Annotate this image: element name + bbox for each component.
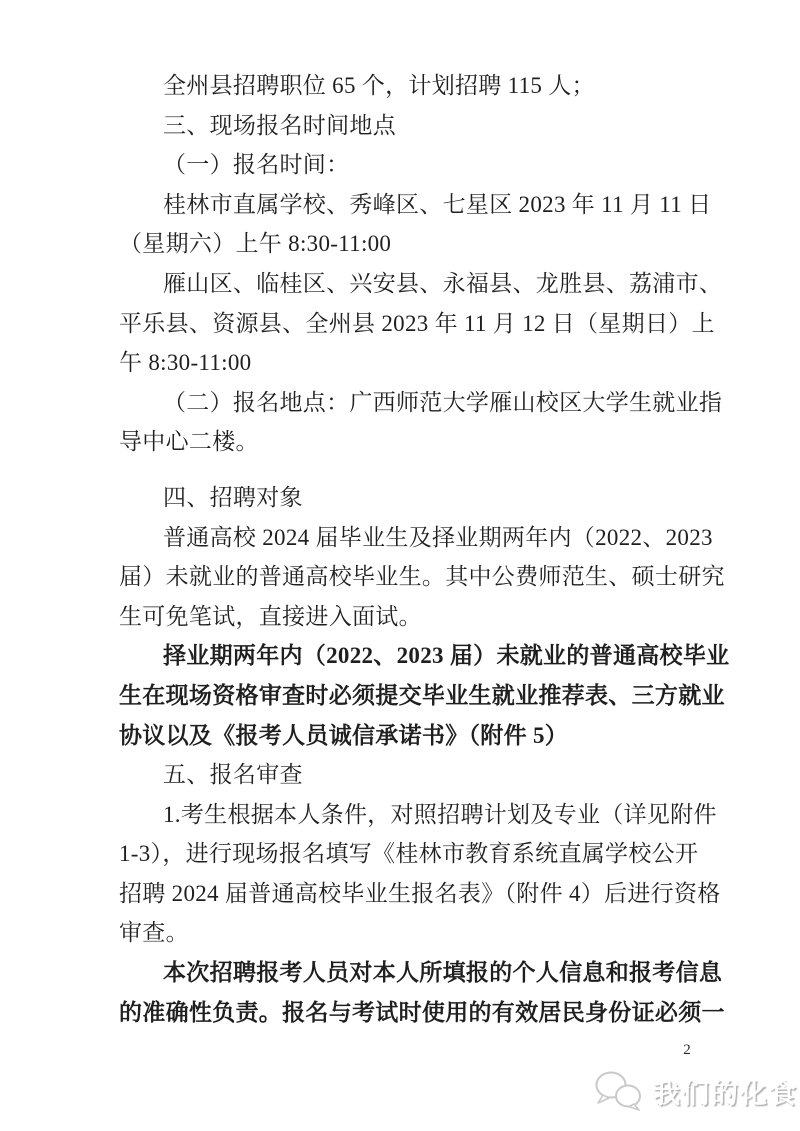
text-line: 的准确性负责。报名与考试时使用的有效居民身份证必须一 [119,993,685,1033]
text-line: 生可免笔试，直接进入面试。 [119,597,685,637]
text-line: 三、现场报名时间地点 [119,106,685,146]
text-line: （一）报名时间： [119,145,685,185]
text-line: 1.考生根据本人条件，对照招聘计划及专业（详见附件 [119,795,685,835]
text-line: 审查。 [119,913,685,953]
text-line: 招聘 2024 届普通高校毕业生报名表》（附件 4）后进行资格 [119,874,685,914]
text-line: 桂林市直属学校、秀峰区、七星区 2023 年 11 月 11 日 [119,185,685,225]
text-line: 协议以及《报考人员诚信承诺书》（附件 5） [119,716,685,756]
text-line: （星期六）上午 8:30-11:00 [119,224,685,264]
text-line: 择业期两年内（2022、2023 届）未就业的普通高校毕业 [119,636,685,676]
text-line: 普通高校 2024 届毕业生及择业期两年内（2022、2023 [119,518,685,558]
watermark-text: 我们的化食院 [653,1072,800,1111]
text-line: 午 8:30-11:00 [119,343,685,383]
text-line: 五、报名审查 [119,755,685,795]
text-line: 本次招聘报考人员对本人所填报的个人信息和报考信息 [119,953,685,993]
text-line: 全州县招聘职位 65 个，计划招聘 115 人； [119,66,685,106]
text-line: 平乐县、资源县、全州县 2023 年 11 月 12 日（星期日）上 [119,304,685,344]
page-number: 2 [672,1042,702,1059]
text-line: 1-3），进行现场报名填写《桂林市教育系统直属学校公开 [119,834,685,874]
text-line: 生在现场资格审查时必须提交毕业生就业推荐表、三方就业 [119,676,685,716]
watermark: 我们的化食院 [594,1070,800,1112]
wechat-chat-bubbles-icon [594,1070,644,1112]
text-line: 雁山区、临桂区、兴安县、永福县、龙胜县、荔浦市、 [119,264,685,304]
text-line: 导中心二楼。 [119,422,685,462]
text-line: 四、招聘对象 [119,478,685,518]
text-line: 届）未就业的普通高校毕业生。其中公费师范生、硕士研究 [119,557,685,597]
document-body: 全州县招聘职位 65 个，计划招聘 115 人； 三、现场报名时间地点 （一）报… [119,66,685,1032]
document-page: 全州县招聘职位 65 个，计划招聘 115 人； 三、现场报名时间地点 （一）报… [0,0,800,1131]
text-line: （二）报名地点：广西师范大学雁山校区大学生就业指 [119,383,685,423]
